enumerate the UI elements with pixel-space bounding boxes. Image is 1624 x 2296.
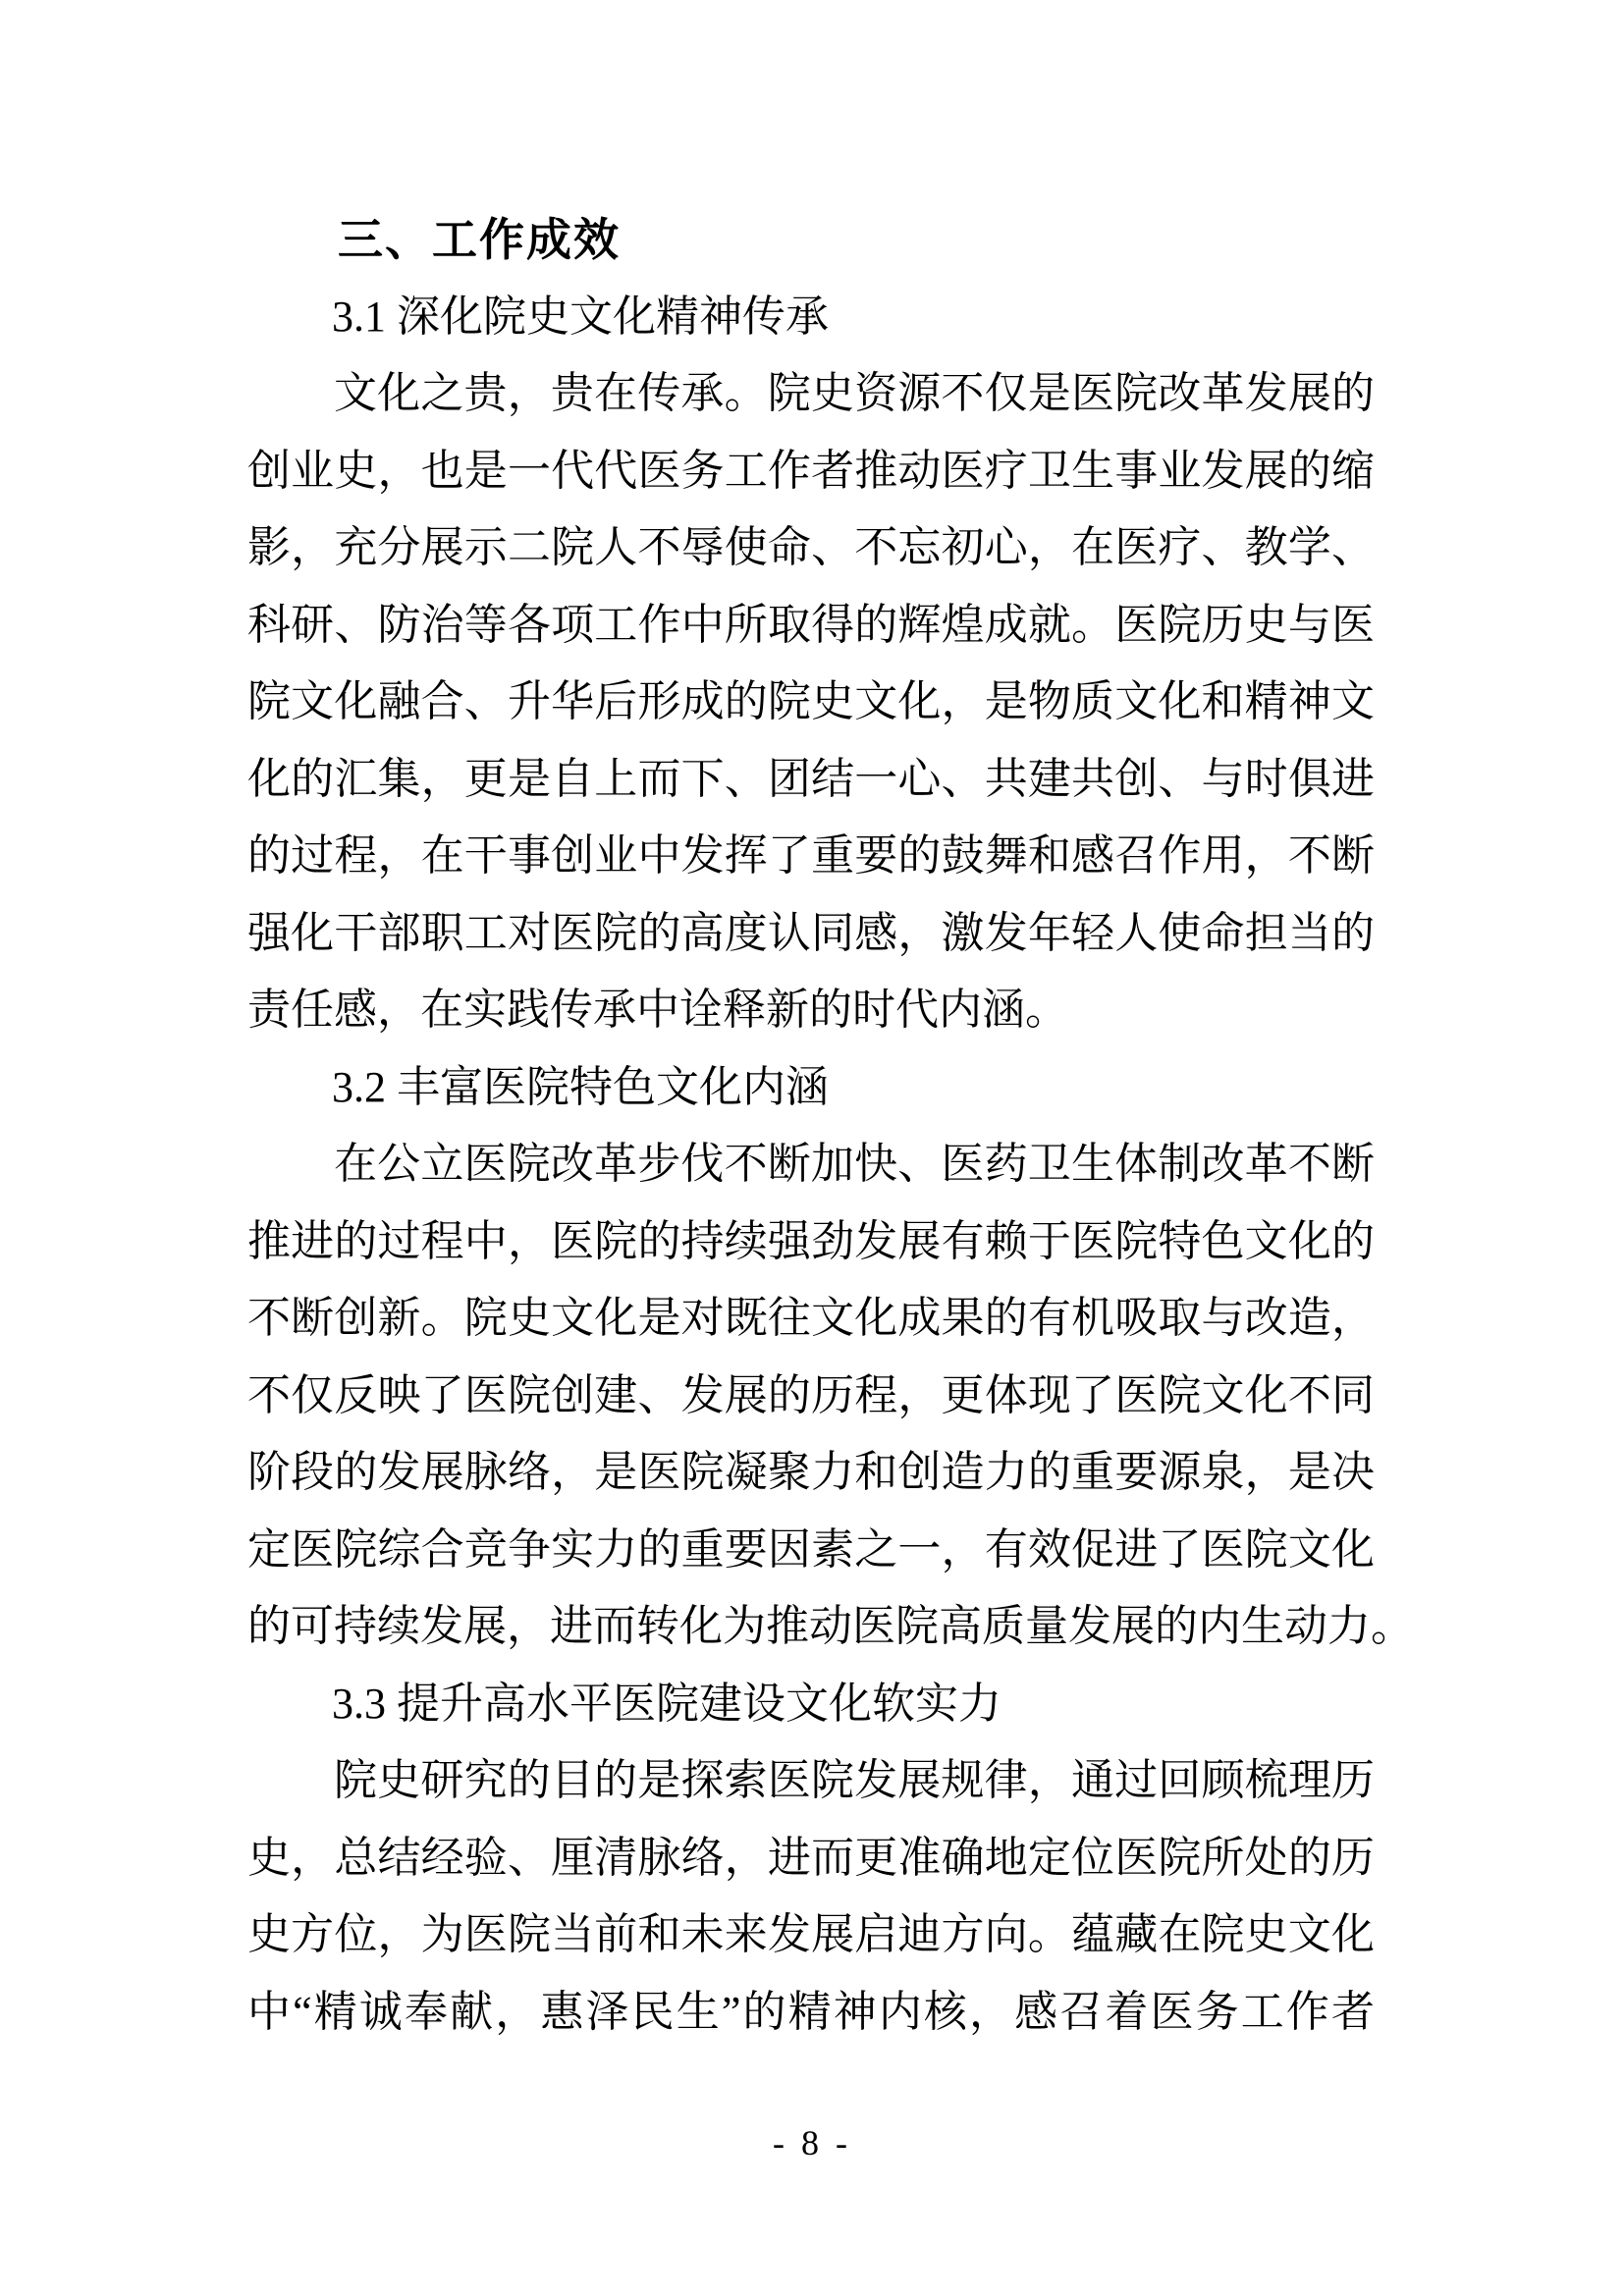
section-3-2-title: 3.2 丰富医院特色文化内涵: [247, 1049, 1375, 1127]
paragraph-line: 史方位，为医院当前和未来发展启迪方向。蕴藏在院史文化: [247, 1896, 1375, 1974]
paragraph-line: 的过程，在干事创业中发挥了重要的鼓舞和感召作用，不断: [247, 818, 1375, 895]
paragraph-line: 推进的过程中，医院的持续强劲发展有赖于医院特色文化的: [247, 1203, 1375, 1281]
paragraph-line: 史，总结经验、厘清脉络，进而更准确地定位医院所处的历: [247, 1820, 1375, 1897]
paragraph-line: 强化干部职工对医院的高度认同感，激发年轻人使命担当的: [247, 895, 1375, 973]
paragraph-line: 定医院综合竞争实力的重要因素之一，有效促进了医院文化: [247, 1512, 1375, 1589]
paragraph-line: 在公立医院改革步伐不断加快、医药卫生体制改革不断: [247, 1126, 1375, 1203]
document-body: 三、工作成效 3.1 深化院史文化精神传承 文化之贵，贵在传承。院史资源不仅是医…: [247, 201, 1375, 2051]
paragraph-line: 创业史，也是一代代医务工作者推动医疗卫生事业发展的缩: [247, 433, 1375, 510]
document-page: 三、工作成效 3.1 深化院史文化精神传承 文化之贵，贵在传承。院史资源不仅是医…: [0, 0, 1624, 2296]
paragraph-line: 不仅反映了医院创建、发展的历程，更体现了医院文化不同: [247, 1358, 1375, 1435]
paragraph-line: 不断创新。院史文化是对既往文化成果的有机吸取与改造，: [247, 1280, 1375, 1358]
paragraph-line: 院文化融合、升华后形成的院史文化，是物质文化和精神文: [247, 664, 1375, 741]
section-3-1-title: 3.1 深化院史文化精神传承: [247, 279, 1375, 356]
paragraph-line: 文化之贵，贵在传承。院史资源不仅是医院改革发展的: [247, 355, 1375, 433]
paragraph-line: 阶段的发展脉络，是医院凝聚力和创造力的重要源泉，是决: [247, 1434, 1375, 1512]
paragraph-line: 责任感，在实践传承中诠释新的时代内涵。: [247, 972, 1375, 1049]
chapter-heading: 三、工作成效: [247, 201, 1375, 279]
paragraph-line: 科研、防治等各项工作中所取得的辉煌成就。医院历史与医: [247, 587, 1375, 665]
paragraph-line: 的可持续发展，进而转化为推动医院高质量发展的内生动力。: [247, 1588, 1375, 1666]
paragraph-line: 化的汇集，更是自上而下、团结一心、共建共创、与时俱进: [247, 741, 1375, 819]
section-3-3-title: 3.3 提升高水平医院建设文化软实力: [247, 1666, 1375, 1743]
paragraph-line: 影，充分展示二院人不辱使命、不忘初心，在医疗、教学、: [247, 509, 1375, 587]
paragraph-line: 中“精诚奉献，惠泽民生”的精神内核，感召着医务工作者: [247, 1974, 1375, 2052]
page-number: - 8 -: [0, 2122, 1624, 2163]
paragraph-line: 院史研究的目的是探索医院发展规律，通过回顾梳理历: [247, 1742, 1375, 1820]
